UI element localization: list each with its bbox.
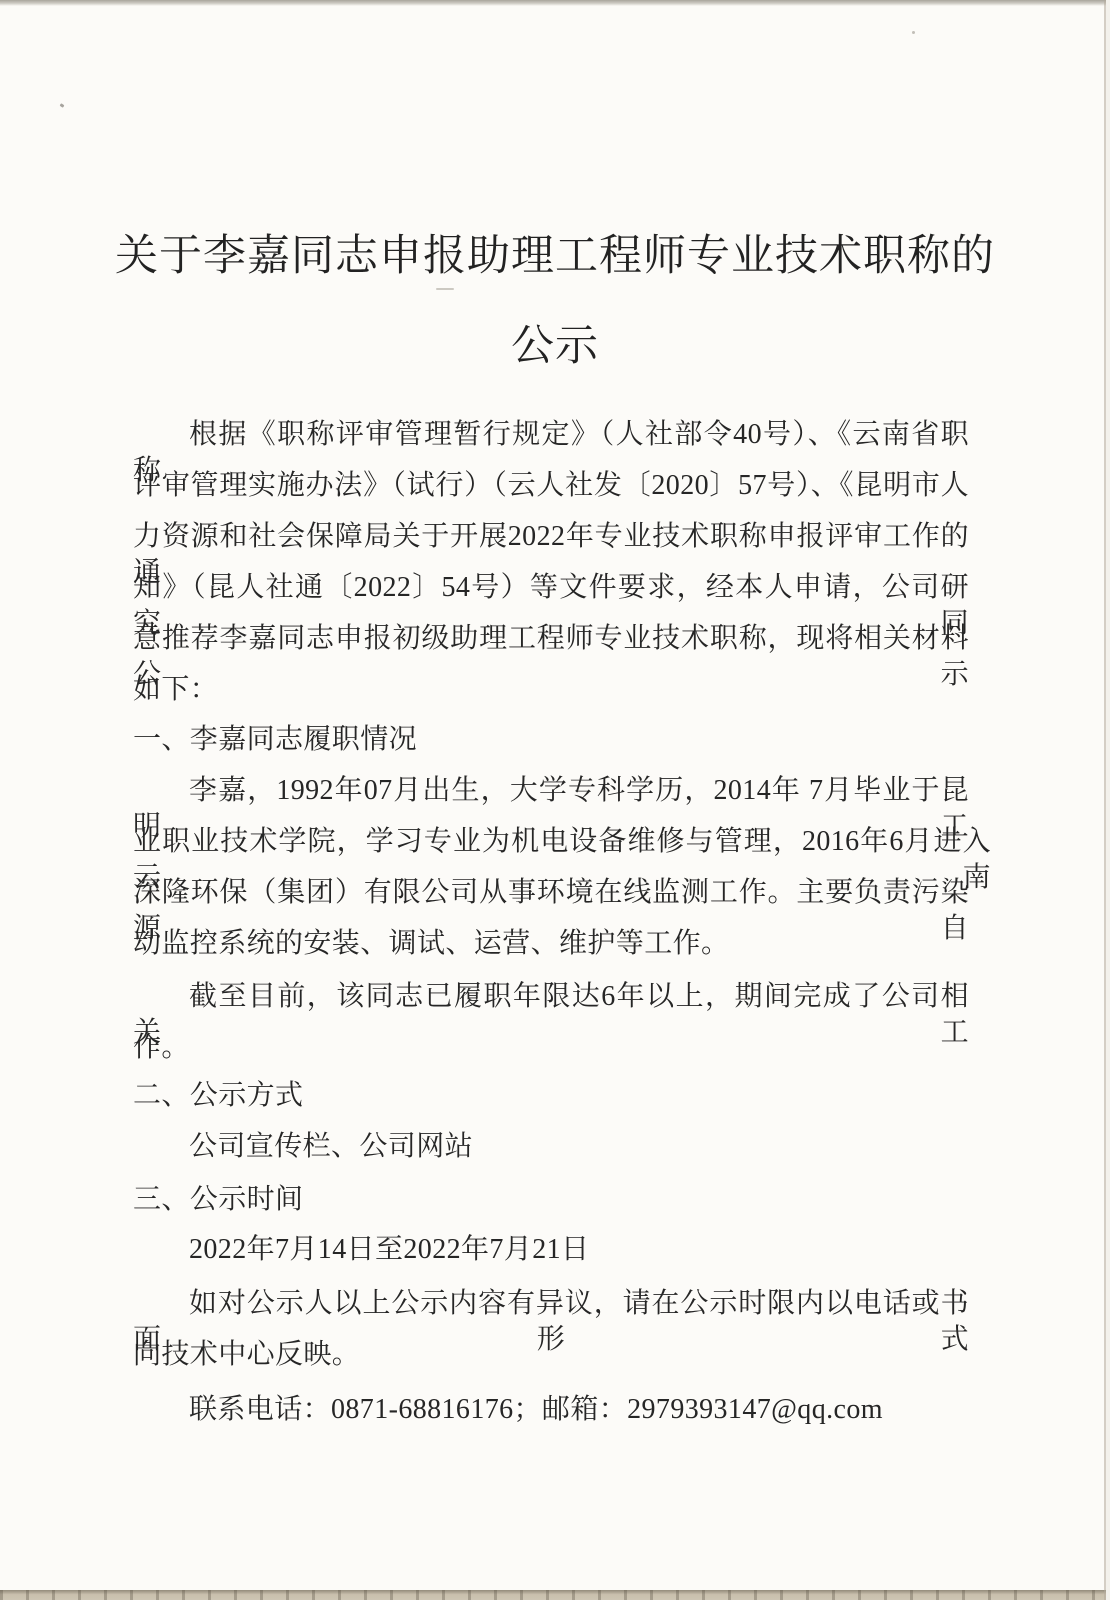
scan-edge-bottom <box>0 1590 1110 1600</box>
section-heading-2: 二、公示方式 <box>133 1078 969 1118</box>
body-line: 评审管理实施办法》（试行）（云人社发〔2020〕57号）、《昆明市人 <box>133 468 969 508</box>
publicity-period-line: 2022年7月14日至2022年7月21日 <box>133 1232 969 1272</box>
body-line: 深隆环保（集团）有限公司从事环境在线监测工作。主要负责污染源自 <box>133 875 969 915</box>
body-line: 如对公示人以上公示内容有异议，请在公示时限内以电话或书面形式 <box>133 1286 969 1326</box>
section-heading-1: 一、李嘉同志履职情况 <box>133 722 969 762</box>
body-line: 向技术中心反映。 <box>133 1337 969 1377</box>
section-heading-3: 三、公示时间 <box>133 1182 969 1222</box>
body-line: 业职业技术学院，学习专业为机电设备维修与管理，2016年6月进入云南 <box>133 824 991 864</box>
body-line: 截至目前，该同志已履职年限达6年以上，期间完成了公司相关工 <box>133 979 969 1019</box>
contact-line: 联系电话：0871-68816176；邮箱：2979393147@qq.com <box>133 1392 969 1432</box>
scan-speck <box>436 288 454 290</box>
body-line: 李嘉，1992年07月出生，大学专科学历，2014年 7月毕业于昆明工 <box>133 773 969 813</box>
body-line: 如下： <box>133 672 969 712</box>
document-title-line1: 关于李嘉同志申报助理工程师专业技术职称的 <box>0 222 1110 283</box>
scan-speck <box>60 103 65 108</box>
scan-edge-top <box>0 0 1110 6</box>
body-line: 力资源和社会保障局关于开展2022年专业技术职称申报评审工作的通 <box>133 519 969 559</box>
body-line: 根据《职称评审管理暂行规定》（人社部令40号）、《云南省职称 <box>133 417 969 457</box>
body-line: 意推荐李嘉同志申报初级助理工程师专业技术职称，现将相关材料公示 <box>133 621 969 661</box>
document-page: 关于李嘉同志申报助理工程师专业技术职称的 公示 根据《职称评审管理暂行规定》（人… <box>0 0 1110 1600</box>
body-line: 作。 <box>133 1030 969 1070</box>
body-line: 动监控系统的安装、调试、运营、维护等工作。 <box>133 926 969 966</box>
body-line: 公司宣传栏、公司网站 <box>133 1129 969 1169</box>
scan-speck <box>912 31 915 34</box>
body-line: 知》（昆人社通〔2022〕54号）等文件要求，经本人申请，公司研究同 <box>133 570 969 610</box>
document-title-line2: 公示 <box>0 312 1110 373</box>
